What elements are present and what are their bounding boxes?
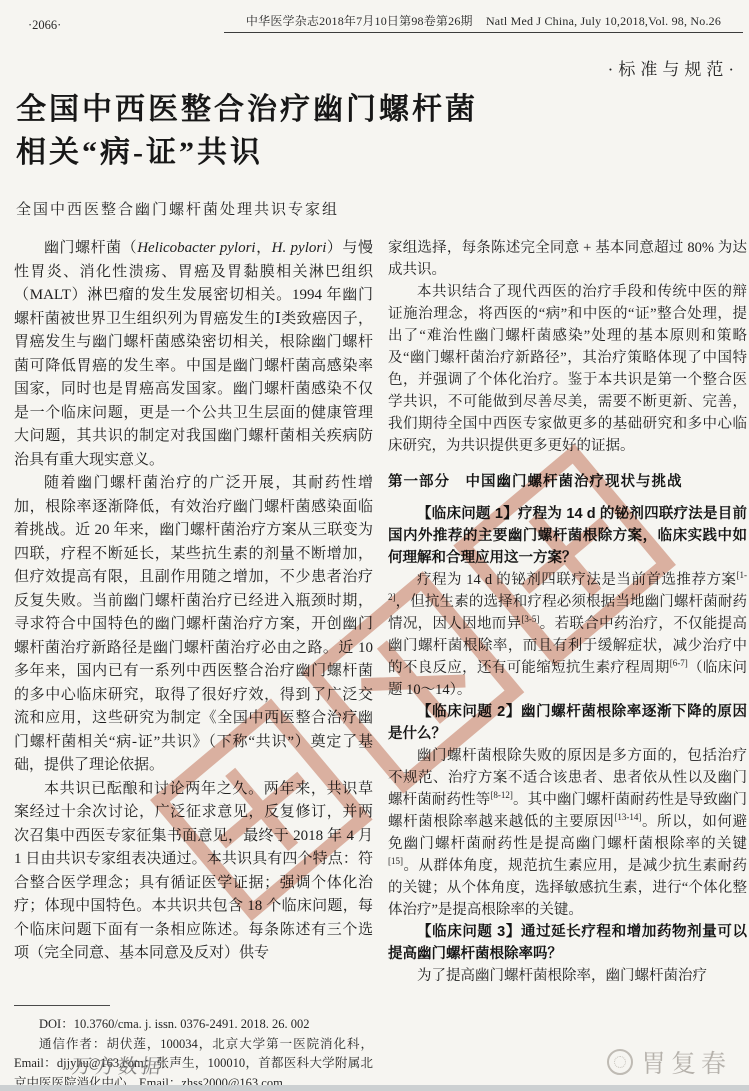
body-paragraph: 本共识已酝酿和讨论两年之久。两年来，共识草案经过十余次讨论，广泛征求意见，反复修… — [14, 778, 373, 966]
article-title: 全国中西医整合治疗幽门螺杆菌 相关“病-证”共识 — [16, 88, 749, 174]
correspondence-line: 通信作者：胡伏莲，100034，北京大学第一医院消化科，Email：djjyhu… — [14, 1035, 373, 1091]
clinical-question-3-heading: 【临床问题 3】通过延长疗程和增加药物剂量可以提高幽门螺杆菌根除率吗？ — [388, 921, 747, 965]
body-paragraph: 幽门螺杆菌（Helicobacter pylori，H. pylori）与慢性胃… — [14, 237, 373, 472]
author-group: 全国中西医整合幽门螺杆菌处理共识专家组 — [16, 198, 749, 219]
journal-title-cn: 中华医学杂志2018年7月10日第98卷第26期 — [246, 14, 473, 28]
left-column: 幽门螺杆菌（Helicobacter pylori，H. pylori）与慢性胃… — [14, 237, 373, 1091]
journal-title-en: Natl Med J China, July 10,2018,Vol. 98, … — [486, 14, 721, 28]
journal-running-head: 中华医学杂志2018年7月10日第98卷第26期 Natl Med J Chin… — [224, 12, 743, 33]
article-body: 幽门螺杆菌（Helicobacter pylori，H. pylori）与慢性胃… — [14, 237, 735, 1091]
journal-page: ·2066· 中华医学杂志2018年7月10日第98卷第26期 Natl Med… — [0, 0, 749, 1091]
body-paragraph: 随着幽门螺杆菌治疗的广泛开展，其耐药性增加，根除率逐渐降低，有效治疗幽门螺杆菌感… — [14, 472, 373, 778]
footnote-divider — [14, 1005, 110, 1006]
body-paragraph-continuation: 家组选择，每条陈述完全同意 + 基本同意超过 80% 为达成共识。 — [388, 237, 747, 281]
right-column: 家组选择，每条陈述完全同意 + 基本同意超过 80% 为达成共识。 本共识结合了… — [388, 237, 747, 1091]
article-title-line2: 相关“病-证”共识 — [16, 136, 263, 169]
clinical-question-2-answer: 幽门螺杆菌根除失败的原因是多方面的，包括治疗不规范、治疗方案不适合该患者、患者依… — [388, 745, 747, 921]
clinical-question-2-heading: 【临床问题 2】幽门螺杆菌根除率逐渐下降的原因是什么？ — [388, 701, 747, 745]
section-label: ·标准与规范· — [0, 55, 749, 80]
footnote-block: DOI：10.3760/cma. j. issn. 0376-2491. 201… — [14, 1005, 373, 1091]
page-number: ·2066· — [28, 18, 224, 33]
part1-heading: 第一部分 中国幽门螺杆菌治疗现状与挑战 — [388, 471, 747, 493]
body-paragraph: 本共识结合了现代西医的治疗手段和传统中医的辩证施治理念，将西医的“病”和中医的“… — [388, 281, 747, 457]
scan-edge — [0, 1085, 749, 1091]
clinical-question-1-heading: 【临床问题 1】疗程为 14 d 的铋剂四联疗法是目前国内外推荐的主要幽门螺杆菌… — [388, 503, 747, 569]
clinical-question-3-answer: 为了提高幽门螺杆菌根除率，幽门螺杆菌治疗 — [388, 965, 747, 987]
doi-line: DOI：10.3760/cma. j. issn. 0376-2491. 201… — [14, 1015, 373, 1035]
page-header: ·2066· 中华医学杂志2018年7月10日第98卷第26期 Natl Med… — [0, 0, 749, 33]
left-column-paragraphs: 幽门螺杆菌（Helicobacter pylori，H. pylori）与慢性胃… — [14, 237, 373, 1005]
clinical-question-1-answer: 疗程为 14 d 的铋剂四联疗法是当前首选推荐方案[1-2]，但抗生素的选择和疗… — [388, 569, 747, 701]
article-title-line1: 全国中西医整合治疗幽门螺杆菌 — [16, 93, 478, 126]
